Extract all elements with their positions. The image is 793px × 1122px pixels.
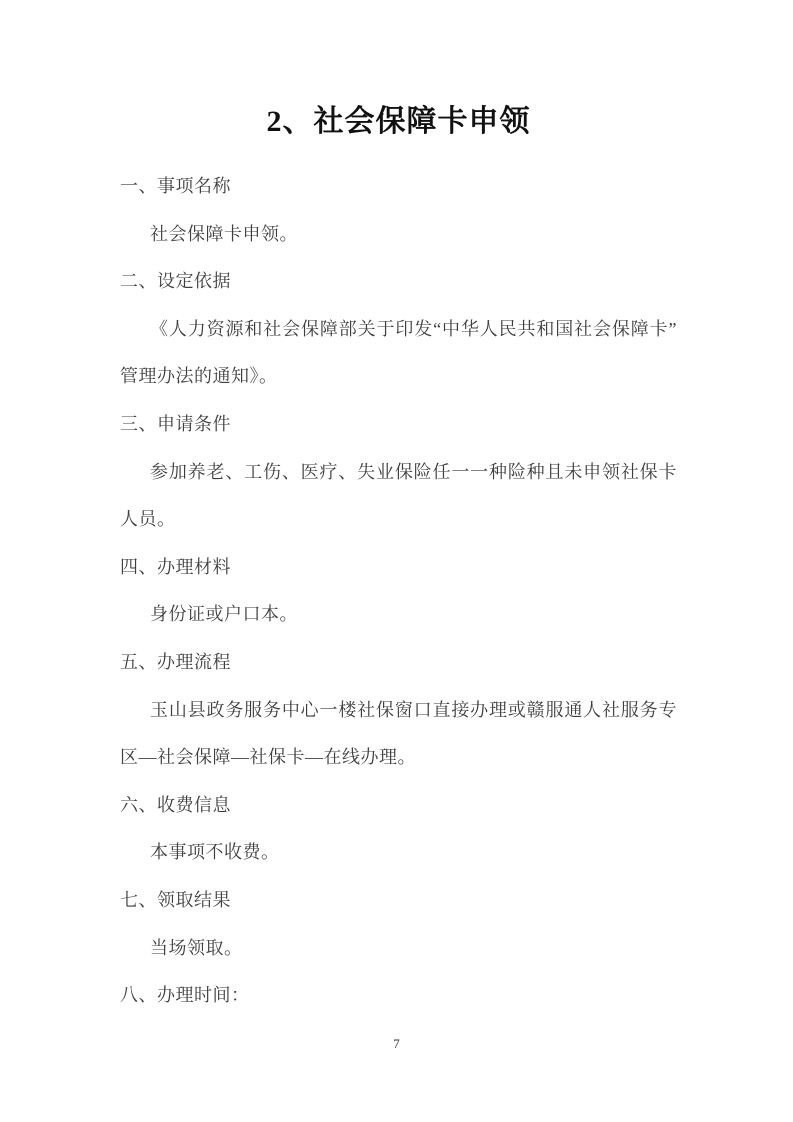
section-heading: 六、收费信息: [120, 782, 677, 830]
paragraph-line: 玉山县政务服务中心一楼社保窗口直接办理或赣服通人社服务专: [120, 687, 677, 735]
paragraph-line: 本事项不收费。: [120, 829, 677, 877]
section-heading: 一、事项名称: [120, 163, 677, 211]
paragraph-line: 社会保障卡申领。: [120, 211, 677, 259]
document-page: 2、社会保障卡申领 一、事项名称社会保障卡申领。二、设定依据《人力资源和社会保障…: [0, 0, 793, 1122]
paragraph-line: 管理办法的通知》。: [120, 353, 677, 401]
section-heading: 三、申请条件: [120, 401, 677, 449]
paragraph-line: 人员。: [120, 496, 677, 544]
document-title: 2、社会保障卡申领: [120, 100, 677, 144]
section-heading: 四、办理材料: [120, 544, 677, 592]
paragraph-line: 当场领取。: [120, 925, 677, 973]
paragraph-line: 身份证或户口本。: [120, 591, 677, 639]
section-heading: 八、办理时间：: [120, 972, 677, 1020]
document-content: 2、社会保障卡申领 一、事项名称社会保障卡申领。二、设定依据《人力资源和社会保障…: [120, 0, 677, 1020]
document-body: 一、事项名称社会保障卡申领。二、设定依据《人力资源和社会保障部关于印发“中华人民…: [120, 163, 677, 1020]
section-heading: 五、办理流程: [120, 639, 677, 687]
paragraph-line: 区—社会保障—社保卡—在线办理。: [120, 734, 677, 782]
section-heading: 二、设定依据: [120, 258, 677, 306]
paragraph-line: 参加养老、工伤、医疗、失业保险任一一种险种且未申领社保卡: [120, 449, 677, 497]
section-heading: 七、领取结果: [120, 877, 677, 925]
paragraph-line: 《人力资源和社会保障部关于印发“中华人民共和国社会保障卡”: [120, 306, 677, 354]
page-number: 7: [0, 1036, 793, 1052]
